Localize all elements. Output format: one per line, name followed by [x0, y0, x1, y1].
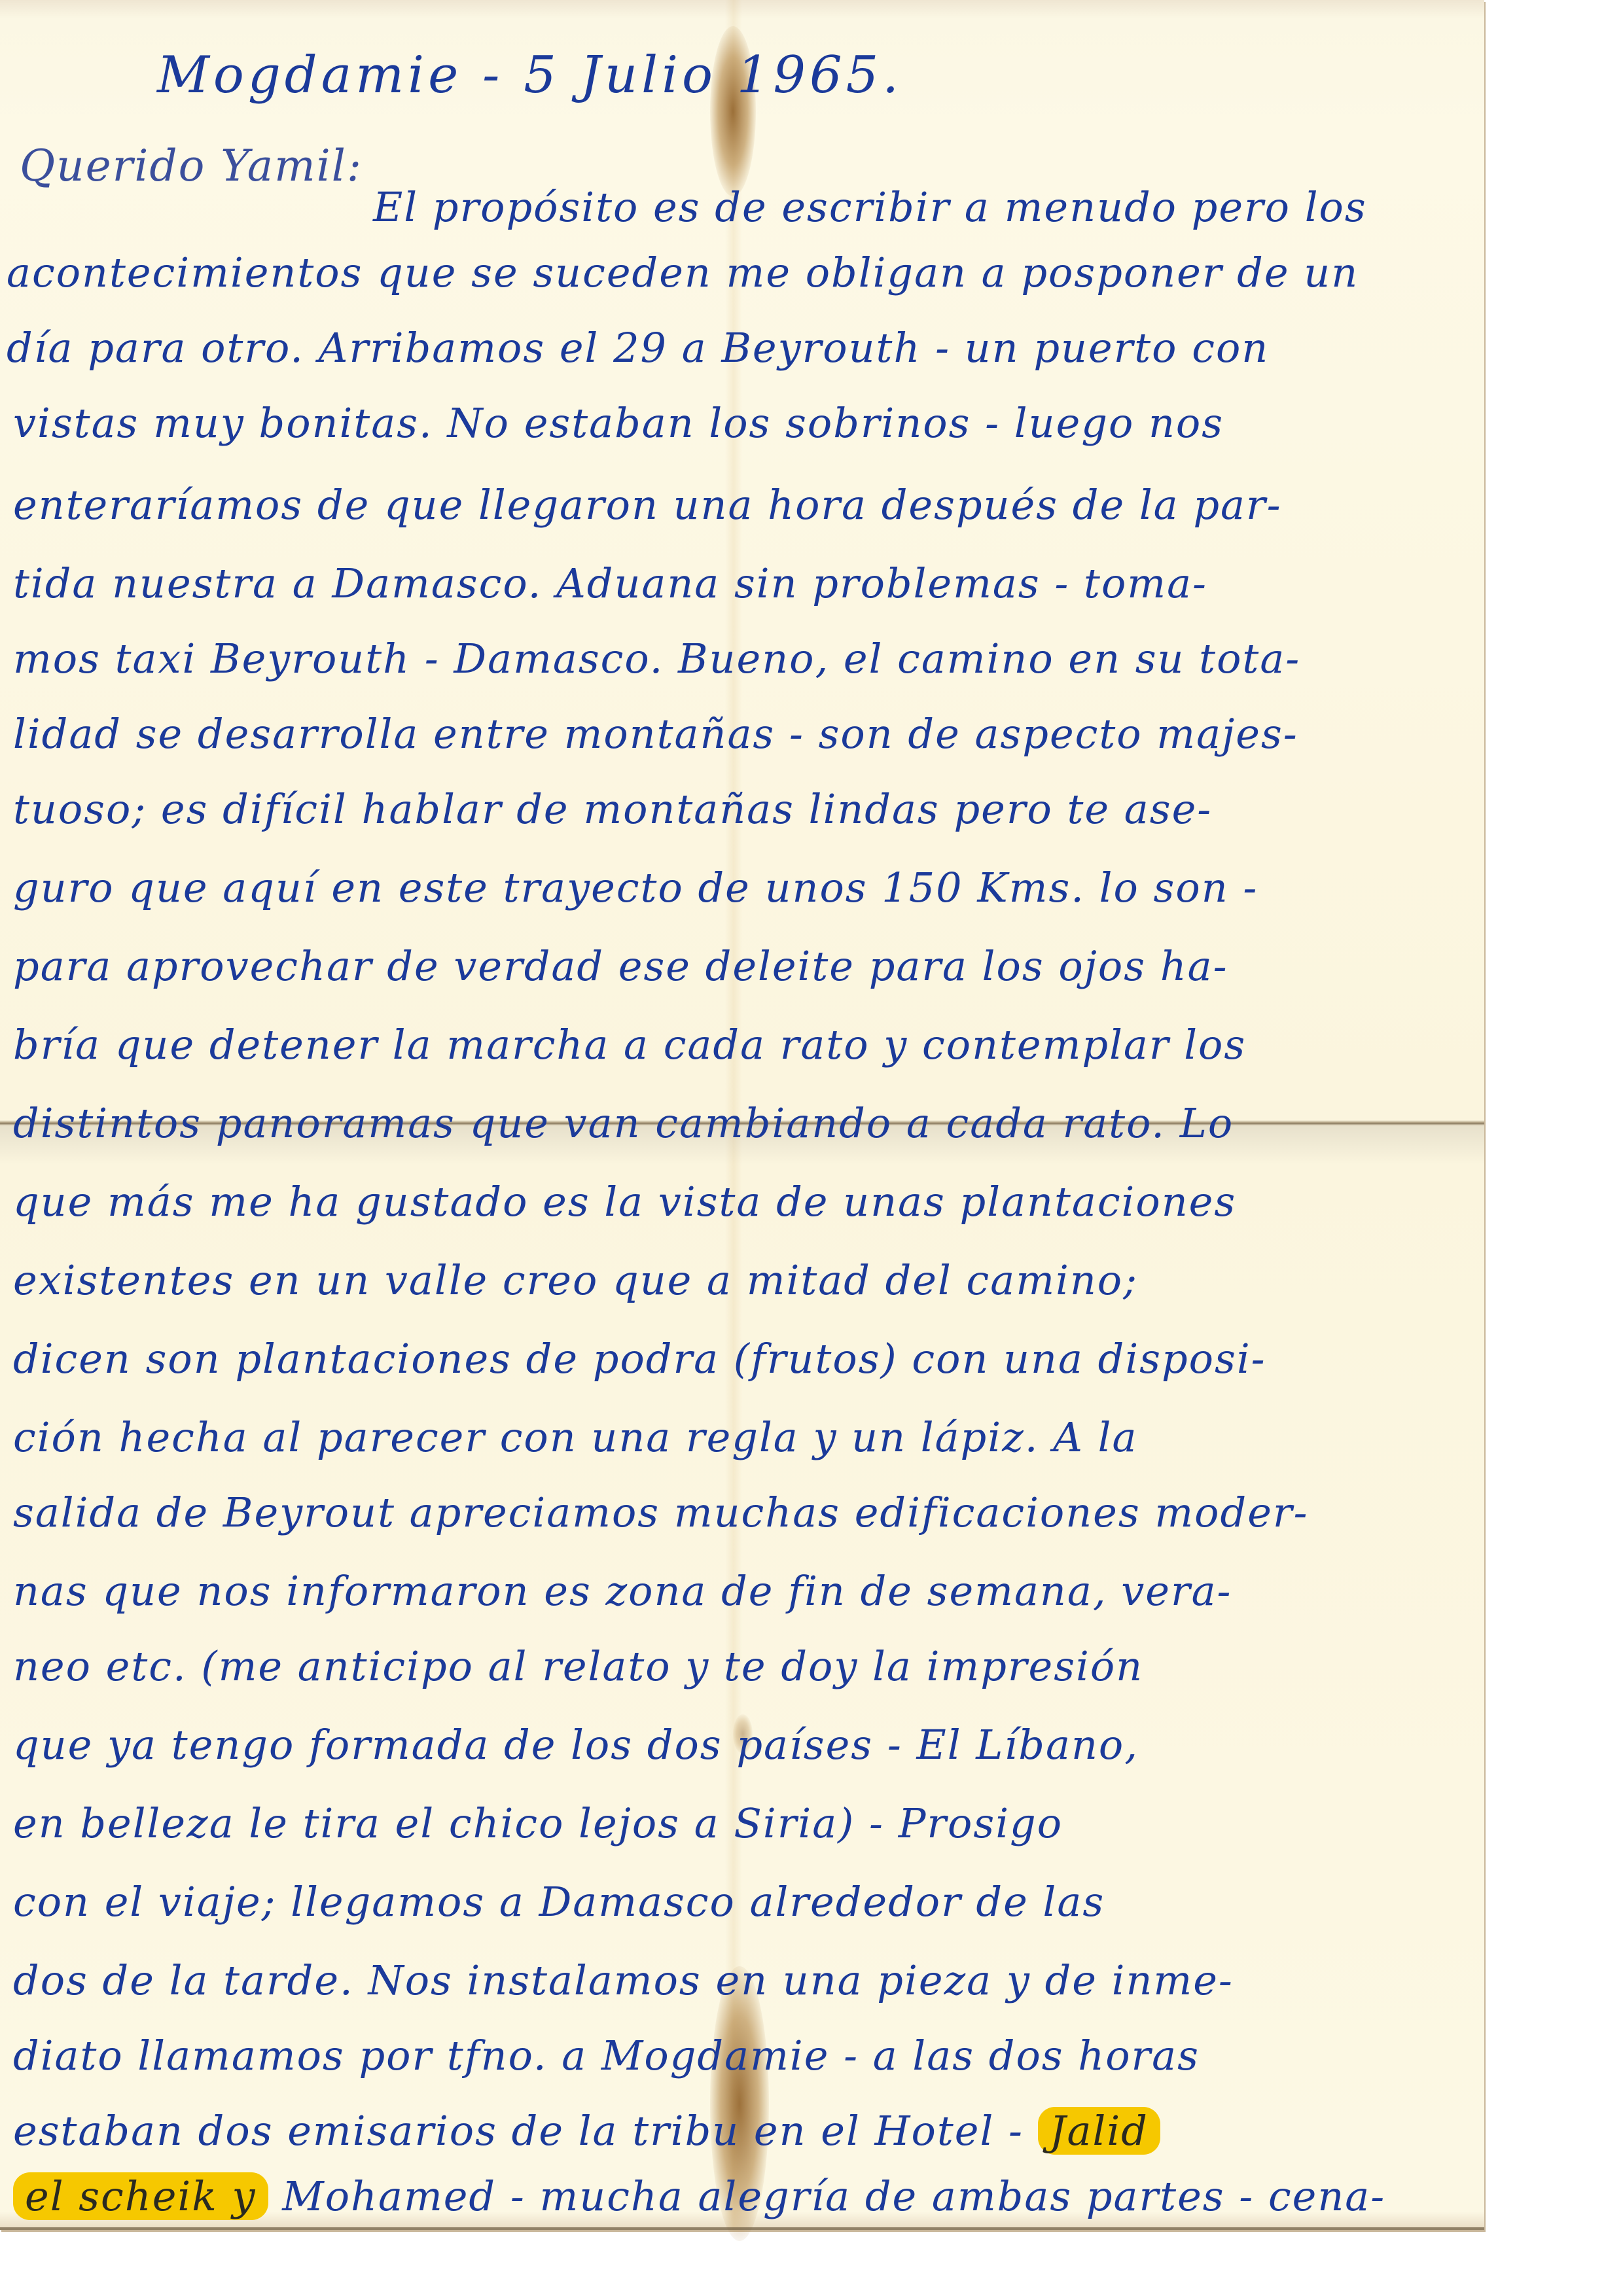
letter-paper: Mogdamie - 5 Julio 1965. Querido Yamil: … — [0, 0, 1484, 2230]
letter-line: en belleza le tira el chico lejos a Siri… — [13, 1799, 1063, 1847]
letter-line: con el viaje; llegamos a Damasco alreded… — [13, 1878, 1105, 1926]
letter-line: estaban dos emisarios de la tribu en el … — [13, 2107, 1160, 2155]
letter-line: enteraríamos de que llegaron una hora de… — [13, 481, 1282, 529]
letter-line: tida nuestra a Damasco. Aduana sin probl… — [13, 559, 1207, 607]
letter-line: para aprovechar de verdad ese deleite pa… — [13, 942, 1228, 990]
letter-line: día para otro. Arribamos el 29 a Beyrout… — [7, 324, 1269, 372]
letter-line: El propósito es de escribir a menudo per… — [373, 183, 1367, 231]
letter-line: lidad se desarrolla entre montañas - son… — [13, 710, 1298, 758]
letter-line: bría que detener la marcha a cada rato y… — [13, 1021, 1246, 1069]
letter-line: salida de Beyrout apreciamos muchas edif… — [13, 1489, 1308, 1536]
letter-line: existentes en un valle creo que a mitad … — [13, 1256, 1138, 1304]
letter-line: el scheik y Mohamed - mucha alegría de a… — [13, 2172, 1385, 2220]
letter-line: que más me ha gustado es la vista de una… — [13, 1178, 1236, 1226]
letter-line: guro que aquí en este trayecto de unos 1… — [13, 864, 1258, 911]
letter-line: dicen son plantaciones de podra (frutos)… — [13, 1335, 1266, 1383]
letter-line-text: Mohamed - mucha alegría de ambas partes … — [268, 2172, 1386, 2220]
letter-line: vistas muy bonitas. No estaban los sobri… — [13, 399, 1224, 447]
letter-line-text: estaban dos emisarios de la tribu en el … — [13, 2107, 1038, 2155]
letter-date-header: Mogdamie - 5 Julio 1965. — [157, 46, 902, 105]
highlighted-el-scheik: el scheik y — [13, 2172, 268, 2220]
letter-line: distintos panoramas que van cambiando a … — [13, 1099, 1234, 1147]
letter-line: tuoso; es difícil hablar de montañas lin… — [13, 785, 1212, 833]
letter-line: neo etc. (me anticipo al relato y te doy… — [13, 1642, 1143, 1690]
highlighted-name-jalid: Jalid — [1038, 2107, 1160, 2155]
letter-line: ción hecha al parecer con una regla y un… — [13, 1413, 1137, 1461]
letter-line: diato llamamos por tfno. a Mogdamie - a … — [13, 2032, 1200, 2079]
letter-line: dos de la tarde. Nos instalamos en una p… — [13, 1956, 1234, 2004]
letter-line: nas que nos informaron es zona de fin de… — [13, 1567, 1232, 1615]
letter-line: acontecimientos que se suceden me obliga… — [7, 249, 1359, 296]
letter-salutation: Querido Yamil: — [20, 141, 363, 191]
letter-line: mos taxi Beyrouth - Damasco. Bueno, el c… — [13, 635, 1300, 682]
letter-line: que ya tengo formada de los dos países -… — [13, 1721, 1139, 1769]
